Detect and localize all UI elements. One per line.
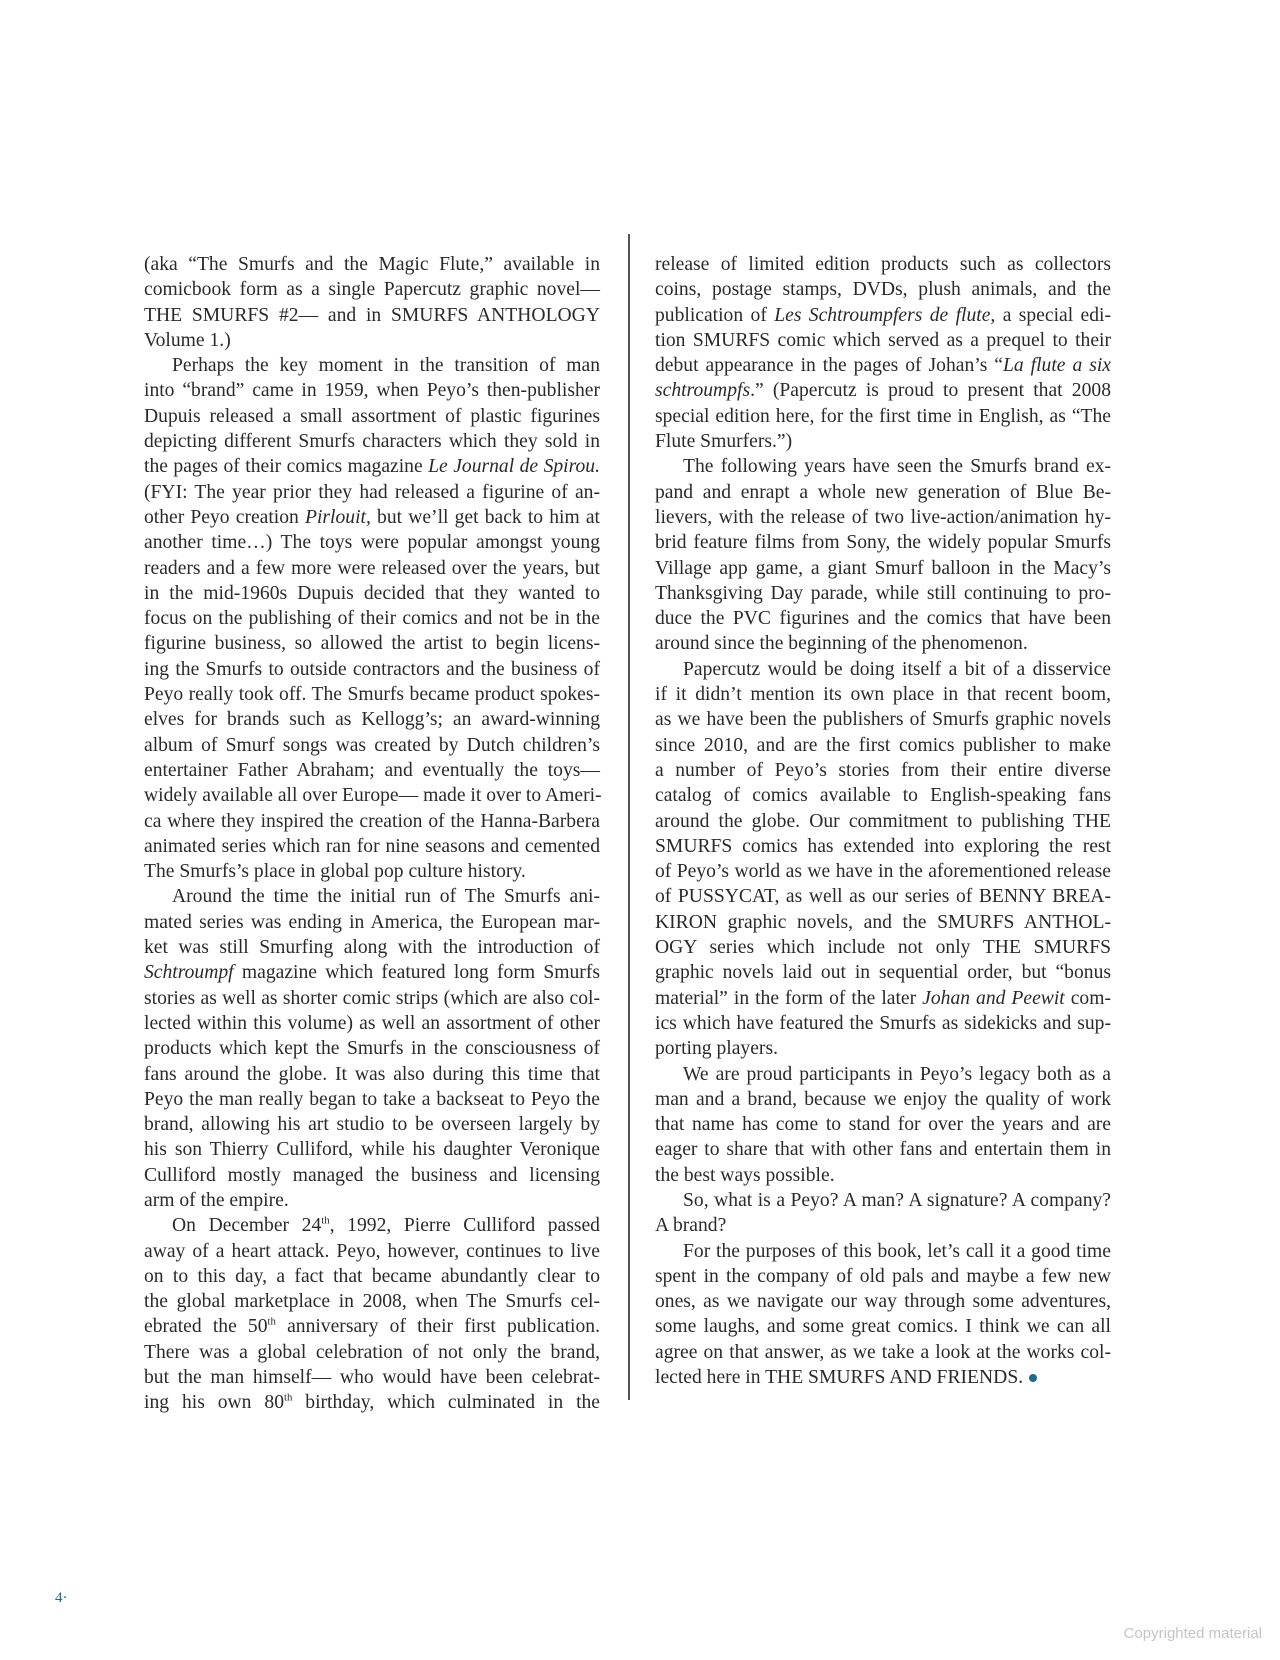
text-line: the best ways possible. xyxy=(655,1163,1111,1188)
text-line: SMURFS comics has extended into explorin… xyxy=(655,834,1111,859)
text-line: ics which have featured the Smurfs as si… xyxy=(655,1011,1111,1036)
text-line: that name has come to stand for over the… xyxy=(655,1112,1111,1137)
text-line: tion SMURFS comic which served as a preq… xyxy=(655,328,1111,353)
text-line: (aka “The Smurfs and the Magic Flute,” a… xyxy=(144,252,600,277)
text-line: brid feature films from Sony, the widely… xyxy=(655,530,1111,555)
text-line: The following years have seen the Smurfs… xyxy=(655,454,1111,479)
left-text-column: (aka “The Smurfs and the Magic Flute,” a… xyxy=(144,252,600,1416)
text-line: brand, allowing his art studio to be ove… xyxy=(144,1112,600,1137)
text-line: Dupuis released a small assortment of pl… xyxy=(144,404,600,429)
text-line: agree on that answer, as we take a look … xyxy=(655,1340,1111,1365)
text-line: away of a heart attack. Peyo, however, c… xyxy=(144,1239,600,1264)
text-line: THE SMURFS #2— and in SMURFS ANTHOLOGY xyxy=(144,303,600,328)
page-number-value: 4 xyxy=(55,1590,63,1606)
text-line: his son Thierry Culliford, while his dau… xyxy=(144,1137,600,1162)
text-line: Around the time the initial run of The S… xyxy=(144,884,600,909)
text-line: spent in the company of old pals and may… xyxy=(655,1264,1111,1289)
text-line: eager to share that with other fans and … xyxy=(655,1137,1111,1162)
text-line: fans around the globe. It was also durin… xyxy=(144,1062,600,1087)
text-line: Village app game, a giant Smurf balloon … xyxy=(655,556,1111,581)
text-line: There was a global celebration of not on… xyxy=(144,1340,600,1365)
text-line: lected within this volume) as well an as… xyxy=(144,1011,600,1036)
text-line: on to this day, a fact that became abund… xyxy=(144,1264,600,1289)
text-line: ca where they inspired the creation of t… xyxy=(144,809,600,834)
text-line: stories as well as shorter comic strips … xyxy=(144,986,600,1011)
text-line: special edition here, for the first time… xyxy=(655,404,1111,429)
text-line: KIRON graphic novels, and the SMURFS ANT… xyxy=(655,910,1111,935)
text-line: Perhaps the key moment in the transition… xyxy=(144,353,600,378)
text-line: (FYI: The year prior they had released a… xyxy=(144,480,600,505)
text-line: Papercutz would be doing itself a bit of… xyxy=(655,657,1111,682)
text-line: elves for brands such as Kellogg’s; an a… xyxy=(144,707,600,732)
text-line: Peyo really took off. The Smurfs became … xyxy=(144,682,600,707)
text-line: ing the Smurfs to outside contractors an… xyxy=(144,657,600,682)
text-line: but the man himself— who would have been… xyxy=(144,1365,600,1390)
text-line: debut appearance in the pages of Johan’s… xyxy=(655,353,1111,378)
text-line: lected here in THE SMURFS AND FRIENDS. xyxy=(655,1365,1111,1390)
text-line: in the mid-1960s Dupuis decided that the… xyxy=(144,581,600,606)
text-line: album of Smurf songs was created by Dutc… xyxy=(144,733,600,758)
text-line: entertainer Father Abraham; and eventual… xyxy=(144,758,600,783)
text-line: into “brand” came in 1959, when Peyo’s t… xyxy=(144,378,600,403)
text-line: mated series was ending in America, the … xyxy=(144,910,600,935)
text-line: The Smurfs’s place in global pop culture… xyxy=(144,859,600,884)
text-line: coins, postage stamps, DVDs, plush anima… xyxy=(655,277,1111,302)
text-line: lievers, with the release of two live-ac… xyxy=(655,505,1111,530)
text-line: around since the beginning of the phenom… xyxy=(655,631,1111,656)
text-line: around the globe. Our commitment to publ… xyxy=(655,809,1111,834)
text-line: A brand? xyxy=(655,1213,1111,1238)
text-line: since 2010, and are the first comics pub… xyxy=(655,733,1111,758)
end-bullet-icon xyxy=(1029,1374,1037,1382)
text-line: a number of Peyo’s stories from their en… xyxy=(655,758,1111,783)
text-line: if it didn’t mention its own place in th… xyxy=(655,682,1111,707)
book-page: (aka “The Smurfs and the Magic Flute,” a… xyxy=(0,0,1280,1660)
text-line: Flute Smurfers.”) xyxy=(655,429,1111,454)
text-line: Thanksgiving Day parade, while still con… xyxy=(655,581,1111,606)
text-line: focus on the publishing of their comics … xyxy=(144,606,600,631)
text-line: On December 24th, 1992, Pierre Culliford… xyxy=(144,1213,600,1238)
text-line: readers and a few more were released ove… xyxy=(144,556,600,581)
text-line: arm of the empire. xyxy=(144,1188,600,1213)
text-line: comicbook form as a single Papercutz gra… xyxy=(144,277,600,302)
text-line: of PUSSYCAT, as well as our series of BE… xyxy=(655,884,1111,909)
text-line: widely available all over Europe— made i… xyxy=(144,783,600,808)
text-line: For the purposes of this book, let’s cal… xyxy=(655,1239,1111,1264)
text-line: other Peyo creation Pirlouit, but we’ll … xyxy=(144,505,600,530)
text-line: release of limited edition products such… xyxy=(655,252,1111,277)
text-line: as we have been the publishers of Smurfs… xyxy=(655,707,1111,732)
text-line: publication of Les Schtroumpfers de flut… xyxy=(655,303,1111,328)
text-line: of Peyo’s world as we have in the aforem… xyxy=(655,859,1111,884)
text-line: pand and enrapt a whole new generation o… xyxy=(655,480,1111,505)
text-line: schtroumpfs.” (Papercutz is proud to pre… xyxy=(655,378,1111,403)
text-line: ones, as we navigate our way through som… xyxy=(655,1289,1111,1314)
text-line: porting players. xyxy=(655,1036,1111,1061)
text-line: ing his own 80th birthday, which culmina… xyxy=(144,1390,600,1415)
copyright-watermark: Copyrighted material xyxy=(1124,1625,1262,1642)
column-divider xyxy=(628,234,630,1400)
page-number: 4· xyxy=(55,1590,68,1607)
text-line: Volume 1.) xyxy=(144,328,600,353)
text-line: Peyo the man really began to take a back… xyxy=(144,1087,600,1112)
text-line: ket was still Smurfing along with the in… xyxy=(144,935,600,960)
text-line: depicting different Smurfs characters wh… xyxy=(144,429,600,454)
right-text-column: release of limited edition products such… xyxy=(655,252,1111,1390)
page-number-dot: · xyxy=(63,1590,68,1606)
text-line: products which kept the Smurfs in the co… xyxy=(144,1036,600,1061)
text-line: graphic novels laid out in sequential or… xyxy=(655,960,1111,985)
text-line: ebrated the 50th anniversary of their fi… xyxy=(144,1314,600,1339)
text-line: the pages of their comics magazine Le Jo… xyxy=(144,454,600,479)
text-line: Schtroumpf magazine which featured long … xyxy=(144,960,600,985)
text-line: Culliford mostly managed the business an… xyxy=(144,1163,600,1188)
text-line: duce the PVC figurines and the comics th… xyxy=(655,606,1111,631)
text-line: some laughs, and some great comics. I th… xyxy=(655,1314,1111,1339)
text-line: We are proud participants in Peyo’s lega… xyxy=(655,1062,1111,1087)
text-line: material” in the form of the later Johan… xyxy=(655,986,1111,1011)
text-line: man and a brand, because we enjoy the qu… xyxy=(655,1087,1111,1112)
text-line: catalog of comics available to English-s… xyxy=(655,783,1111,808)
text-line: the global marketplace in 2008, when The… xyxy=(144,1289,600,1314)
text-line: OGY series which include not only THE SM… xyxy=(655,935,1111,960)
text-line: another time…) The toys were popular amo… xyxy=(144,530,600,555)
text-line: animated series which ran for nine seaso… xyxy=(144,834,600,859)
text-line: figurine business, so allowed the artist… xyxy=(144,631,600,656)
text-line: So, what is a Peyo? A man? A signature? … xyxy=(655,1188,1111,1213)
